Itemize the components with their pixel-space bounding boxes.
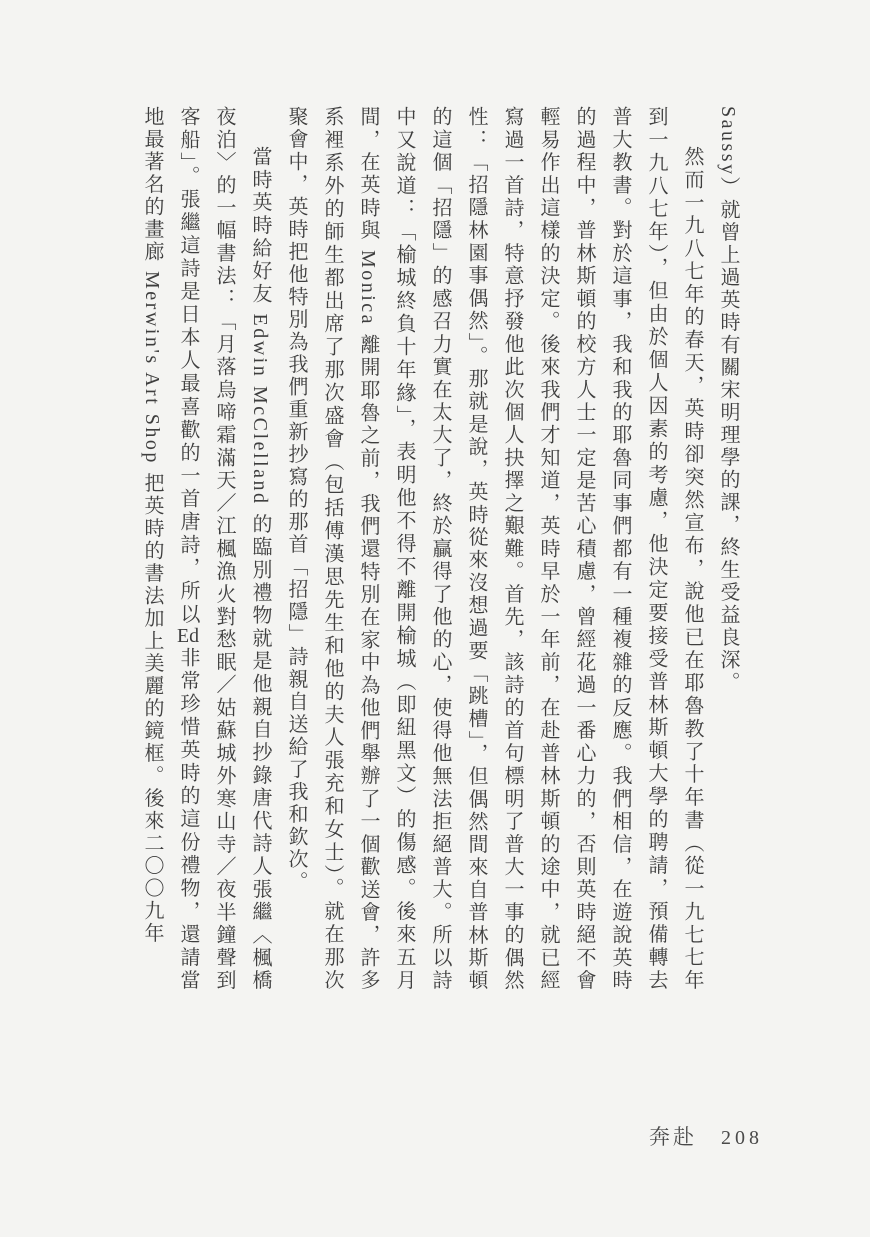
book-page-text: Saussy）就曾上過英時有關宋明理學的課，終生受益良深。 然而一九八七年的春天…	[134, 106, 746, 992]
page-footer: 奔赴208	[649, 1121, 763, 1151]
page-number: 208	[721, 1127, 763, 1149]
paragraph-continuation-text: Saussy）就曾上過英時有關宋明理學的課，終生受益良深。	[717, 106, 739, 694]
paragraph-princeton-move-text: 然而一九八七年的春天，英時卻突然宣布，說他已在耶魯教了十年書（從一九七七年到一九…	[285, 106, 703, 992]
paragraph-farewell-gift-upright-latin: Ed	[177, 626, 199, 647]
paragraph-princeton-move: 然而一九八七年的春天，英時卻突然宣布，說他已在耶魯教了十年書（從一九七七年到一九…	[278, 106, 710, 992]
paragraph-farewell-gift: 當時英時給好友 Edwin McClelland 的臨別禮物就是他親自抄錄唐代詩…	[134, 106, 278, 992]
chapter-title: 奔赴	[649, 1125, 697, 1149]
paragraph-continuation: Saussy）就曾上過英時有關宋明理學的課，終生受益良深。	[710, 106, 746, 992]
